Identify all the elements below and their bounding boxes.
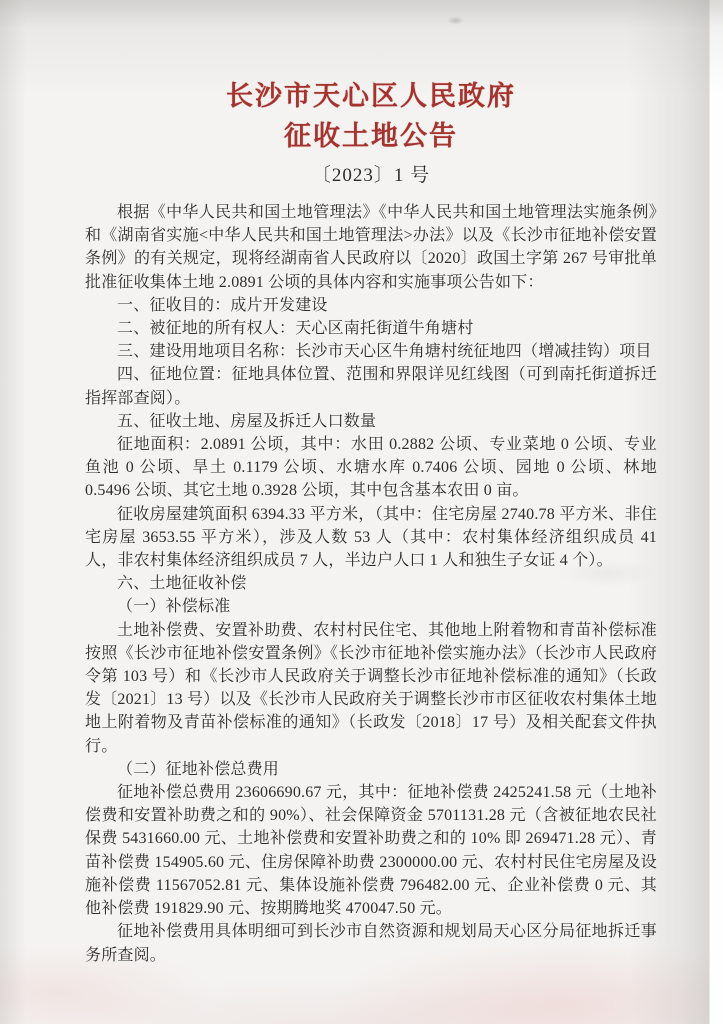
item-2-owner: 二、被征地的所有权人：天心区南托街道牛角塘村 — [85, 317, 657, 340]
document-title: 长沙市天心区人民政府 征收土地公告 — [85, 76, 657, 156]
item-6-heading: 六、土地征收补偿 — [85, 572, 657, 595]
building-area-paragraph: 征收房屋建筑面积 6394.33 平方米，（其中：住宅房屋 2740.78 平方… — [85, 503, 657, 573]
item-4-location: 四、征地位置：征地具体位置、范围和界限详见红线图（可到南托街道拆迁指挥部查阅）。 — [85, 363, 657, 409]
document-number: 〔2023〕1 号 — [85, 163, 657, 189]
document-title-line1: 长沙市天心区人民政府 — [85, 76, 657, 116]
item-1-purpose: 一、征收目的：成片开发建设 — [85, 294, 657, 317]
document-title-line2: 征收土地公告 — [85, 116, 657, 156]
document-content: 长沙市天心区人民政府 征收土地公告 〔2023〕1 号 根据《中华人民共和国土地… — [85, 76, 657, 967]
total-cost-heading: （二）征地补偿总费用 — [85, 758, 657, 781]
land-area-paragraph: 征地面积：2.0891 公顷，其中：水田 0.2882 公顷、专业菜地 0 公顷… — [85, 433, 657, 503]
compensation-standard-heading: （一）补偿标准 — [85, 595, 657, 618]
compensation-standard-paragraph: 土地补偿费、安置补助费、农村村民住宅、其他地上附着物和青苗补偿标准按照《长沙市征… — [85, 619, 657, 758]
legal-basis-paragraph: 根据《中华人民共和国土地管理法》《中华人民共和国土地管理法实施条例》和《湖南省实… — [85, 201, 657, 294]
document-body: 根据《中华人民共和国土地管理法》《中华人民共和国土地管理法实施条例》和《湖南省实… — [85, 201, 657, 967]
detail-inquiry-paragraph: 征地补偿费用具体明细可到长沙市自然资源和规划局天心区分局征地拆迁事务所查阅。 — [85, 920, 657, 966]
item-3-project-name: 三、建设用地项目名称：长沙市天心区牛角塘村统征地四（增减挂钩）项目 — [85, 340, 657, 363]
total-cost-paragraph: 征地补偿总费用 23606690.67 元，其中：征地补偿费 2425241.5… — [85, 781, 657, 920]
scanned-document-page: 长沙市天心区人民政府 征收土地公告 〔2023〕1 号 根据《中华人民共和国土地… — [0, 0, 723, 1024]
item-5-heading: 五、征收土地、房屋及拆迁人口数量 — [85, 410, 657, 433]
